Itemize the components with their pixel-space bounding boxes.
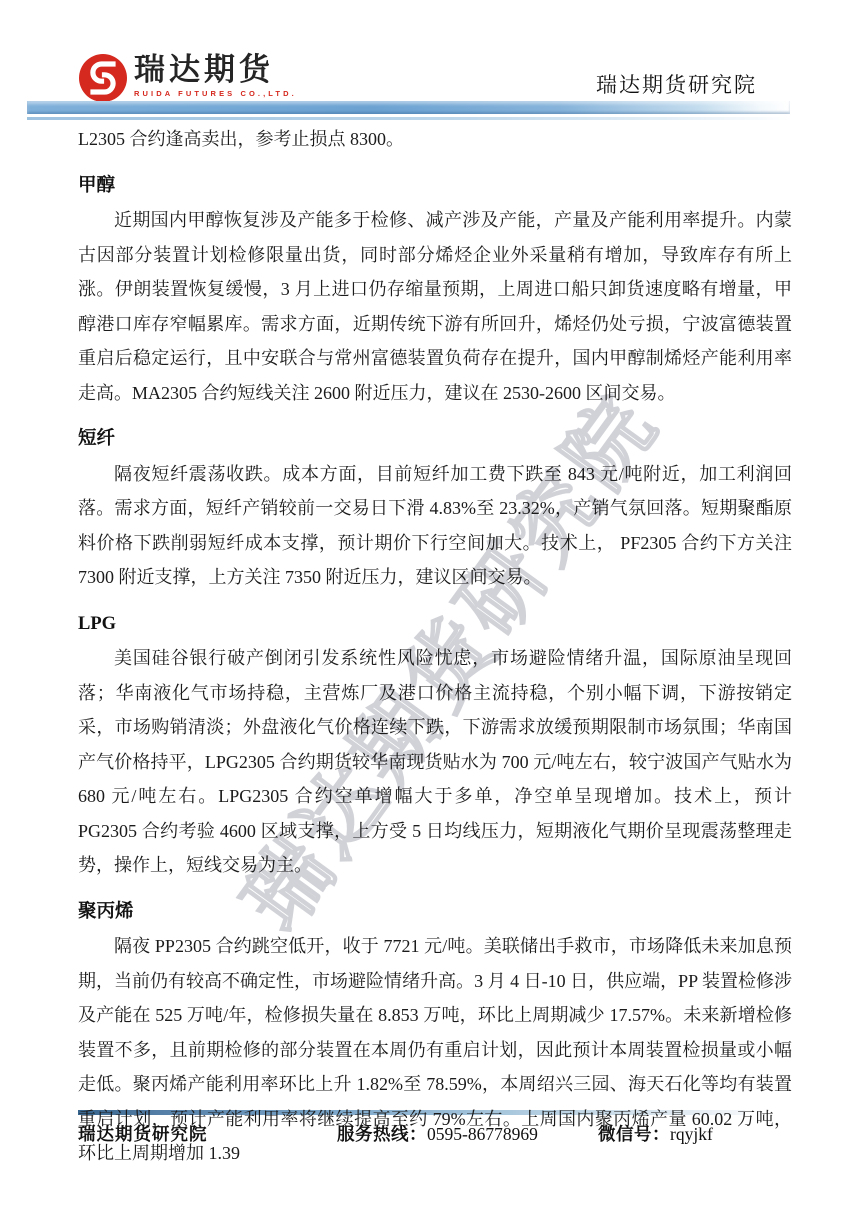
section-short-fiber: 短纤 隔夜短纤震荡收跌。成本方面，目前短纤加工费下跌至 843 元/吨附近，加工… xyxy=(78,422,792,595)
section-paragraph: 近期国内甲醇恢复涉及产能多于检修、减产涉及产能，产量及产能利用率提升。内蒙古因部… xyxy=(78,203,792,410)
section-heading: 短纤 xyxy=(78,422,792,457)
section-lpg: LPG 美国硅谷银行破产倒闭引发系统性风险忧虑，市场避险情绪升温，国际原油呈现回… xyxy=(78,607,792,883)
report-page: 瑞达期货 RUIDA FUTURES CO.,LTD. 瑞达期货研究院 瑞达期货… xyxy=(0,0,860,1217)
section-paragraph: 隔夜短纤震荡收跌。成本方面，目前短纤加工费下跌至 843 元/吨附近，加工利润回… xyxy=(78,457,792,595)
intro-line: L2305 合约逢高卖出，参考止损点 8300。 xyxy=(78,122,792,157)
section-paragraph: 美国硅谷银行破产倒闭引发系统性风险忧虑，市场避险情绪升温，国际原油呈现回落；华南… xyxy=(78,641,792,883)
section-heading: 甲醇 xyxy=(78,169,792,204)
section-polypropylene: 聚丙烯 隔夜 PP2305 合约跳空低开，收于 7721 元/吨。美联储出手救市… xyxy=(78,895,792,1171)
section-methanol: 甲醇 近期国内甲醇恢复涉及产能多于检修、减产涉及产能，产量及产能利用率提升。内蒙… xyxy=(78,169,792,411)
section-heading: 聚丙烯 xyxy=(78,895,792,930)
section-paragraph: 隔夜 PP2305 合约跳空低开，收于 7721 元/吨。美联储出手救市，市场降… xyxy=(78,929,792,1171)
section-heading: LPG xyxy=(78,607,792,642)
report-body: L2305 合约逢高卖出，参考止损点 8300。 甲醇 近期国内甲醇恢复涉及产能… xyxy=(0,0,860,1171)
